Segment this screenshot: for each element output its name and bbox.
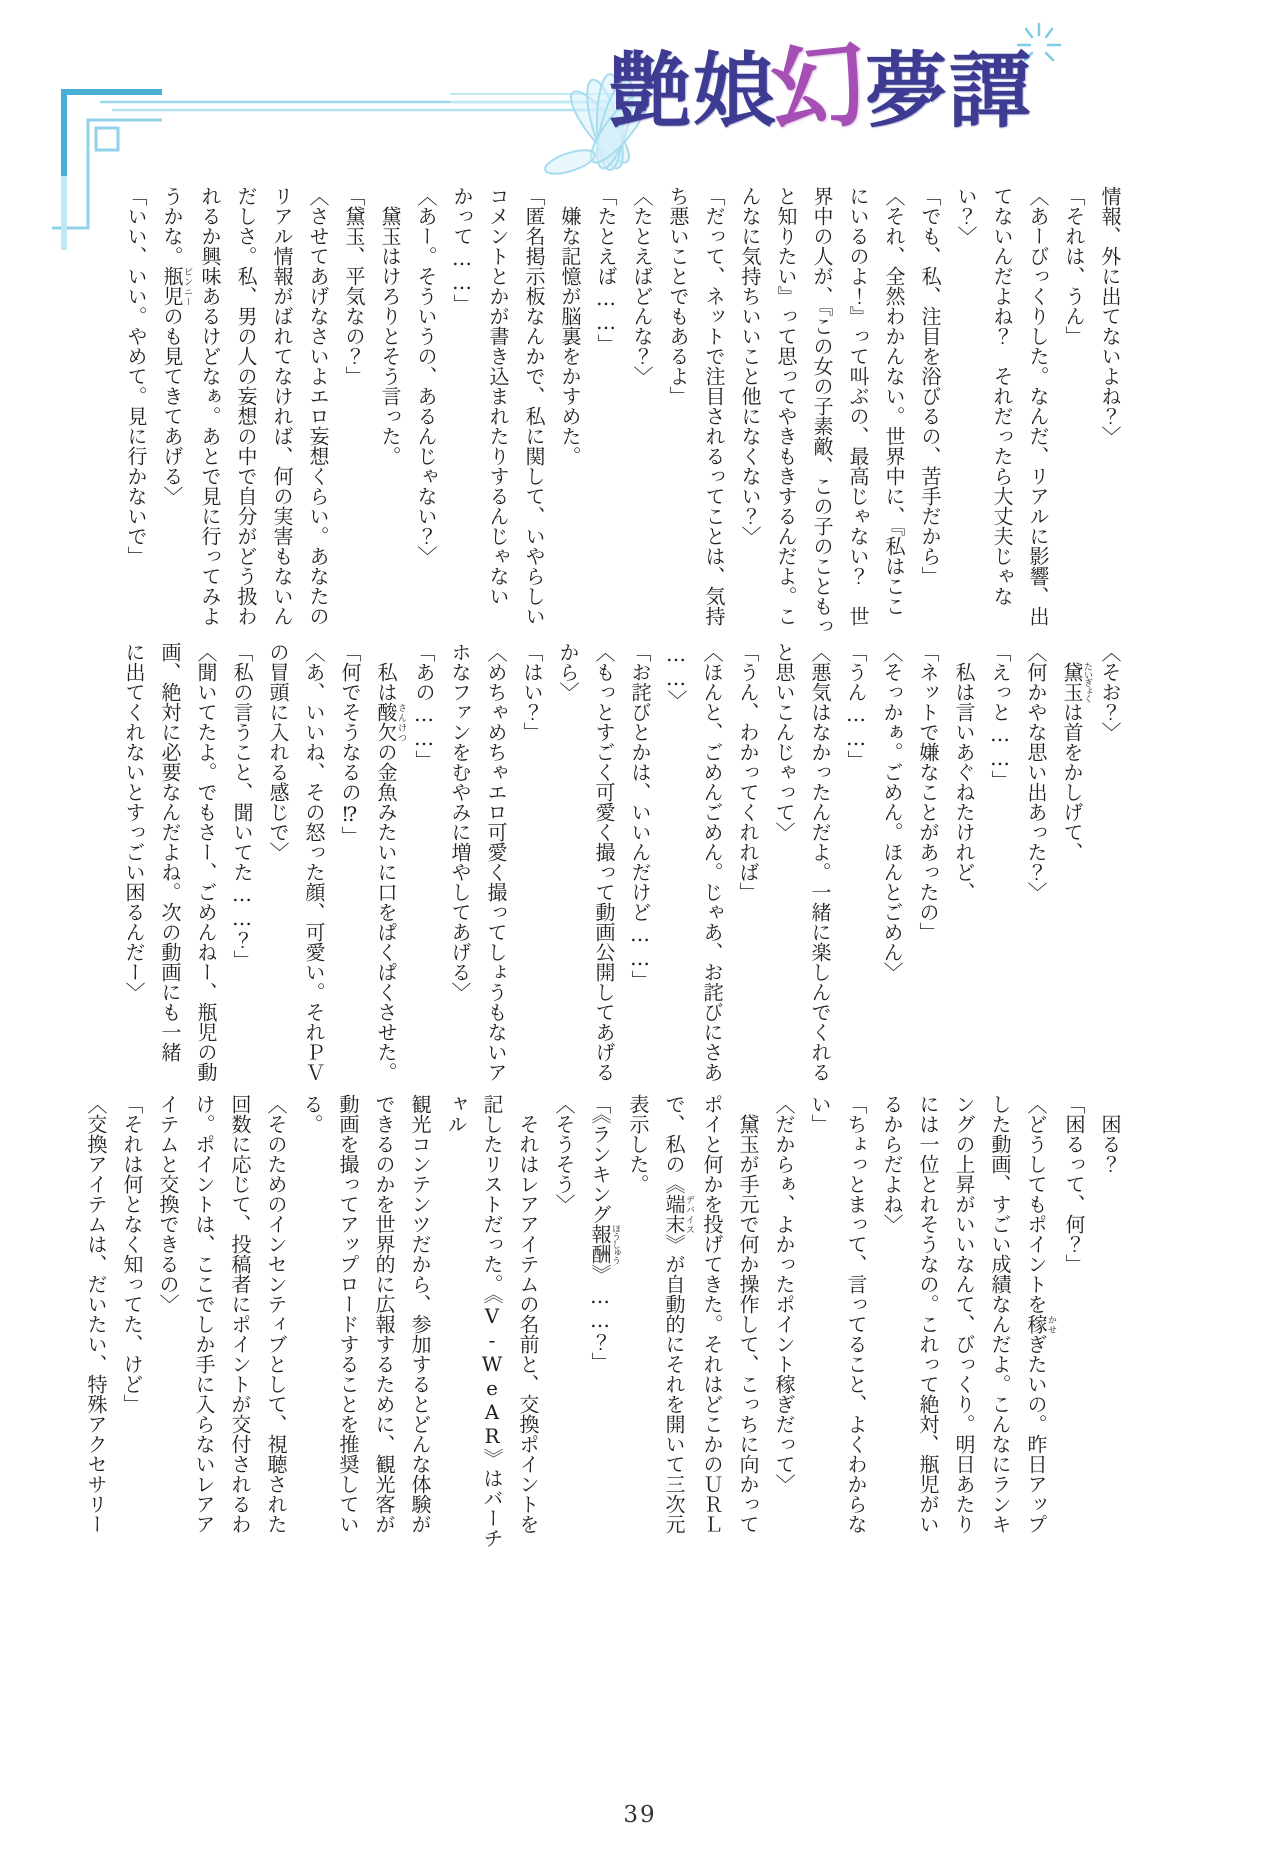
text-column: 回数に応じて、投稿者にポイントが交付されるわ — [222, 1094, 258, 1564]
text-column: イテムと交換できるの〉 — [150, 1094, 186, 1564]
text-column: 私は言いあぐねたけれど、 — [946, 642, 982, 1112]
text-column: け。ポイントは、ここでしか手に入らないレアア — [186, 1094, 222, 1564]
text-column: 情報、外に出てないよね？〉 — [1092, 186, 1128, 656]
text-column: 「匿名掲示板なんかで、私に関して、いやらしい — [516, 186, 552, 656]
text-column: 「でも、私、注目を浴びるの、苦手だから」 — [912, 186, 948, 656]
text-band-2: 〈そお？〉黛玉たいぎょくは首をかしげて、〈何かやな思い出あった？〉「えっと……」… — [116, 642, 1128, 1112]
text-column: 「いい、いい。やめて。見に行かないで」 — [118, 186, 154, 656]
text-column: 〈そうそう〉 — [546, 1094, 582, 1564]
text-column: した動画、すごい成績なんだよ。こんなにランキ — [982, 1094, 1018, 1564]
furigana: 端末デバイス — [662, 1194, 686, 1234]
text-column: 困る？ — [1092, 1094, 1128, 1564]
text-column: い？〉 — [948, 186, 984, 656]
text-column: と思いこんじゃって〉 — [766, 642, 802, 1112]
book-page: 艶娘幻夢譚 情報、外に出てないよね？〉「それは、うん」〈あーびっくりした。なんだ… — [0, 0, 1280, 1876]
text-column: 「だって、ネットで注目されるってことは、気持 — [696, 186, 732, 656]
text-column: 「あの……」 — [406, 642, 442, 1112]
text-column: ポイと何かを投げてきた。それはどこかのＵＲＬ — [694, 1094, 730, 1564]
text-column: 観光コンテンツだから、参加するとどんな体験が — [402, 1094, 438, 1564]
furigana: 稼かせ — [1024, 1314, 1048, 1334]
text-column: に出てくれないとすっごい困るんだー〉 — [116, 642, 152, 1112]
text-column: 〈何かやな思い出あった？〉 — [1018, 642, 1054, 1112]
text-column: 黛玉はけろりとそう言った。 — [372, 186, 408, 656]
title-char: 夢 — [865, 44, 947, 138]
text-column: 記したリストだった。《V-WeAR》はバーチャル — [438, 1094, 510, 1564]
text-column: 「えっと……」 — [982, 642, 1018, 1112]
text-column: 〈どうしてもポイントを稼かせぎたいの。昨日アップ — [1018, 1094, 1056, 1564]
text-column: んなに気持ちいいこと他になくない？〉 — [732, 186, 768, 656]
text-column: 〈交換アイテムは、だいたい、特殊アクセサリー — [78, 1094, 114, 1564]
title-char: 譚 — [949, 44, 1031, 138]
text-column: るからだよね〉 — [874, 1094, 910, 1564]
furigana: 酸欠さんけつ — [374, 702, 398, 742]
furigana: 報酬ほうしゅう — [588, 1224, 612, 1264]
page-number: 39 — [0, 1802, 1280, 1828]
text-column: 「ちょっとまって、言ってること、よくわからな — [838, 1094, 874, 1564]
text-band-3: 困る？「困るって、何？」〈どうしてもポイントを稼かせぎたいの。昨日アップした動画… — [78, 1094, 1128, 1564]
text-column: 「うん、わかってくれれば」 — [730, 642, 766, 1112]
title-char: 幻 — [767, 29, 872, 146]
text-column: 〈めちゃめちゃエロ可愛く撮ってしょうもないア — [478, 642, 514, 1112]
text-column: 「うん……」 — [838, 642, 874, 1112]
text-column: 画、絶対に必要なんだよね。次の動画にも一緒 — [152, 642, 188, 1112]
text-column: 「困るって、何？」 — [1056, 1094, 1092, 1564]
text-column: 〈そっかぁ。ごめん。ほんとごめん〉 — [874, 642, 910, 1112]
text-column: にいるのよ！』って叫ぶの、最高じゃない？ 世 — [840, 186, 876, 656]
text-column: 〈それ、全然わかんない。世界中に、『私はここ — [876, 186, 912, 656]
text-band-1: 情報、外に出てないよね？〉「それは、うん」〈あーびっくりした。なんだ、リアルに影… — [118, 186, 1128, 656]
text-column: 表示した。 — [620, 1094, 656, 1564]
text-column: ングの上昇がいいなんて、びっくり。明日あたり — [946, 1094, 982, 1564]
text-column: 「それは、うん」 — [1056, 186, 1092, 656]
text-column: 私は酸欠さんけつの金魚みたいに口をぱくぱくさせた。 — [368, 642, 406, 1112]
text-column: それはレアアイテムの名前と、交換ポイントを — [510, 1094, 546, 1564]
text-column: 〈もっとすごく可愛く撮って動画公開してあげる — [586, 642, 622, 1112]
text-column: 〈あーびっくりした。なんだ、リアルに影響、出 — [1020, 186, 1056, 656]
page-title: 艶娘幻夢譚 — [608, 44, 1032, 174]
text-column: 〈そのためのインセンティブとして、視聴された — [258, 1094, 294, 1564]
text-column: 〈だからぁ、よかったポイント稼ぎだって〉 — [766, 1094, 802, 1564]
text-column: 「黛玉、平気なの？」 — [336, 186, 372, 656]
text-column: かって……」 — [444, 186, 480, 656]
title-char: 娘 — [693, 44, 775, 138]
title-char: 艶 — [609, 44, 691, 138]
title-text: 艶娘幻夢譚 — [608, 44, 1032, 152]
text-column: うかな。瓶児ピンニーのも見てきてあげる〉 — [154, 186, 192, 656]
text-column: 「それは何となく知ってた、けど」 — [114, 1094, 150, 1564]
text-column: 「お詫びとかは、いいんだけど……」 — [622, 642, 658, 1112]
text-column: ち悪いことでもあるよ」 — [660, 186, 696, 656]
text-column: てないんだよね？ それだったら大丈夫じゃな — [984, 186, 1020, 656]
text-column: 〈させてあげなさいよエロ妄想くらい。あなたの — [300, 186, 336, 656]
text-column: できるのかを世界的に広報するために、観光客が — [366, 1094, 402, 1564]
text-column: ホなファンをむやみに増やしてあげる〉 — [442, 642, 478, 1112]
furigana: 黛玉たいぎょく — [1060, 662, 1084, 702]
text-column: 嫌な記憶が脳裏をかすめた。 — [552, 186, 588, 656]
furigana: 瓶児ピンニー — [160, 266, 184, 306]
text-column: から〉 — [550, 642, 586, 1112]
text-column: には一位とれそうなの。これって絶対、瓶児がい — [910, 1094, 946, 1564]
text-column: 黛玉たいぎょくは首をかしげて、 — [1054, 642, 1092, 1112]
text-column: コメントとかが書き込まれたりするんじゃない — [480, 186, 516, 656]
text-column: だしさ。私、男の人の妄想の中で自分がどう扱わ — [228, 186, 264, 656]
text-column: 「はい？」 — [514, 642, 550, 1112]
text-column: 「何でそうなるの⁉」 — [332, 642, 368, 1112]
text-column: 〈あ、いいね、その怒った顔、可愛い。それＰＶ — [296, 642, 332, 1112]
text-column: る。 — [294, 1094, 330, 1564]
text-column: 界中の人が、『この女の子素敵、この子のこともっ — [804, 186, 840, 656]
text-column: 黛玉が手元で何か操作して、こっちに向かって — [730, 1094, 766, 1564]
text-column: 「たとえば……」 — [588, 186, 624, 656]
text-column: 〈あー。そういうの、あるんじゃない？〉 — [408, 186, 444, 656]
text-column: 「私の言うこと、聞いてた……？」 — [224, 642, 260, 1112]
text-column: い」 — [802, 1094, 838, 1564]
text-column: で、私の《端末デバイス》が自動的にそれを開いて三次元 — [656, 1094, 694, 1564]
text-column: の冒頭に入れる感じで〉 — [260, 642, 296, 1112]
text-column: れるか興味あるけどなぁ。あとで見に行ってみよ — [192, 186, 228, 656]
text-column: 「《ランキング報酬ほうしゅう》……？」 — [582, 1094, 620, 1564]
text-column: 〈悪気はなかったんだよ。一緒に楽しんでくれる — [802, 642, 838, 1112]
text-column: 「ネットで嫌なことがあったの」 — [910, 642, 946, 1112]
text-column: ……〉 — [658, 642, 694, 1112]
text-column: リアル情報がばれてなければ、何の実害もないん — [264, 186, 300, 656]
text-column: と知りたい』って思ってやきもきするんだよ。こ — [768, 186, 804, 656]
text-column: 〈ほんと、ごめんごめん。じゃあ、お詫びにさあ — [694, 642, 730, 1112]
text-column: 〈たとえばどんな？〉 — [624, 186, 660, 656]
text-column: 動画を撮ってアップロードすることを推奨してい — [330, 1094, 366, 1564]
text-column: 〈そお？〉 — [1092, 642, 1128, 1112]
text-column: 〈聞いてたよ。でもさー、ごめんねー、瓶児の動 — [188, 642, 224, 1112]
